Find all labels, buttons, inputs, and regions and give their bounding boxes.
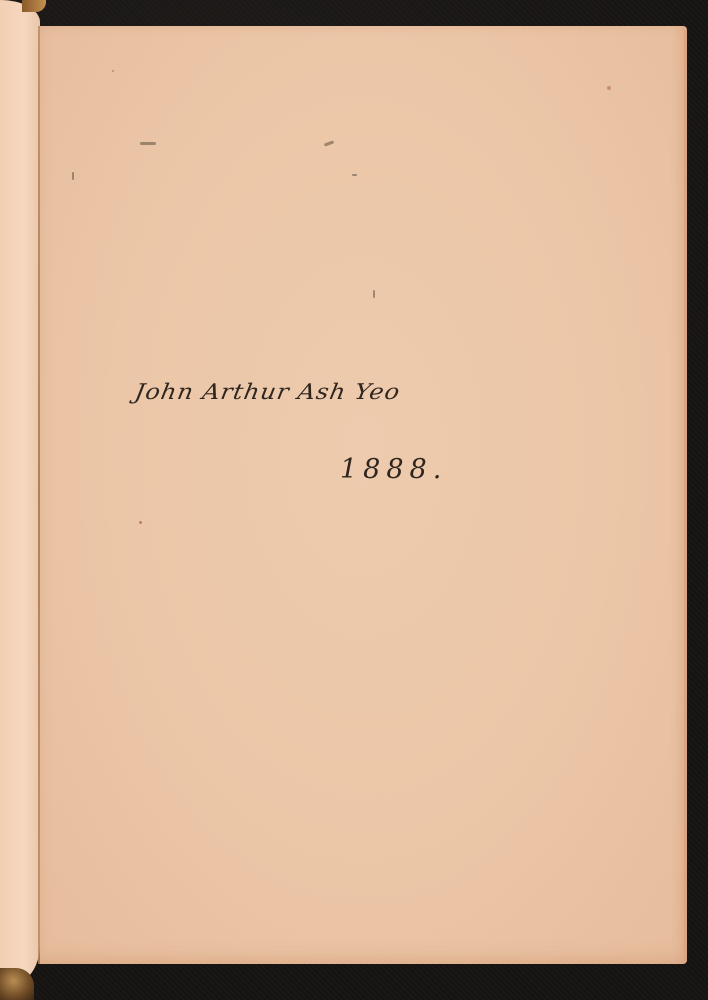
handwritten-name: John Arthur Ash Yeo <box>133 379 403 404</box>
foxing-spot <box>139 521 142 524</box>
foxing-spot <box>607 86 611 90</box>
book-gutter <box>38 26 40 964</box>
foxing-mark <box>324 140 334 146</box>
previous-page-edge <box>0 0 40 985</box>
handwritten-year: 1888. <box>340 454 447 485</box>
foxing-mark <box>373 290 375 298</box>
foxing-spot <box>112 70 114 72</box>
foxing-mark <box>352 174 357 176</box>
foxing-mark <box>72 172 74 180</box>
gilt-corner-bottom <box>0 968 34 1000</box>
page-fore-edge <box>684 30 687 960</box>
flyleaf-page: John Arthur Ash Yeo 1888. <box>40 26 687 964</box>
foxing-mark <box>140 142 156 145</box>
